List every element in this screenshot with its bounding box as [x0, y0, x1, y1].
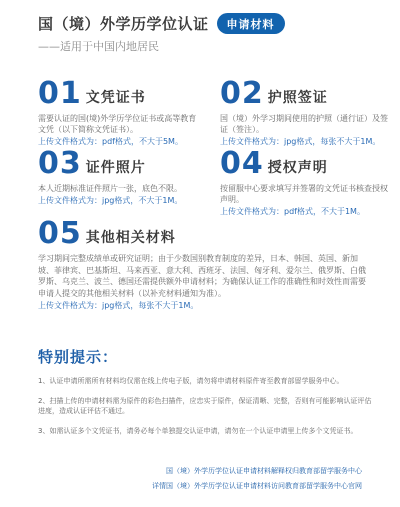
section-number: 05	[38, 220, 82, 248]
section-number: 04	[220, 150, 264, 178]
section-id-photo: 03 证件照片 本人近期标准证件照片一张，底色不限。 上传文件格式为：jpg格式…	[38, 150, 201, 206]
upload-format-note: 上传文件格式为：pdf格式，不大于1M。	[220, 206, 390, 217]
section-passport-visa: 02 护照签证 国（境）外学习期间使用的护照（通行证）及签证（签注）。 上传文件…	[220, 80, 390, 147]
application-materials-badge: 申请材料	[217, 13, 285, 34]
section-title: 护照签证	[268, 87, 328, 108]
section-other-materials: 05 其他相关材料 学习期间完整成绩单或研究证明；由于少数国别教育制度的差异，日…	[38, 220, 370, 311]
section-number: 01	[38, 80, 82, 108]
page-header: 国（境）外学历学位认证 申请材料	[38, 13, 285, 34]
section-description: 国（境）外学习期间使用的护照（通行证）及签证（签注）。	[220, 113, 390, 135]
tip-item: 3、如需认证多个文凭证书，请务必每个单独提交认证申请，请勿在一个认证申请里上传多…	[38, 426, 374, 436]
section-header: 03 证件照片	[38, 150, 201, 178]
upload-format-note: 上传文件格式为：jpg格式，不大于1M。	[38, 195, 201, 206]
page-title: 国（境）外学历学位认证	[38, 13, 209, 34]
section-diploma-certificate: 01 文凭证书 需要认证的国(境)外学历学位证书或高等教育文凭（以下简称文凭证书…	[38, 80, 201, 147]
section-header: 01 文凭证书	[38, 80, 201, 108]
section-description: 学习期间完整成绩单或研究证明；由于少数国别教育制度的差异，日本、韩国、英国、新加…	[38, 253, 370, 299]
section-title: 证件照片	[86, 157, 146, 178]
section-header: 05 其他相关材料	[38, 220, 370, 248]
section-header: 04 授权声明	[220, 150, 390, 178]
upload-format-note: 上传文件格式为：jpg格式，每张不大于1M。	[38, 300, 370, 311]
page-footer: 国（境）外学历学位认证申请材料解释权归教育部留学服务中心 详情国（境）外学历学位…	[0, 464, 362, 494]
section-description: 按留服中心要求填写并签署的文凭证书核查授权声明。	[220, 183, 390, 205]
page-subtitle: ——适用于中国内地居民	[38, 38, 159, 54]
footer-rights-line: 国（境）外学历学位认证申请材料解释权归教育部留学服务中心	[0, 464, 362, 479]
tip-item: 1、认证申请所需所有材料均仅需在线上传电子版，请勿将申请材料原件寄至教育部留学服…	[38, 376, 374, 386]
special-tips-heading: 特别提示：	[38, 346, 118, 367]
section-description: 本人近期标准证件照片一张，底色不限。	[38, 183, 201, 194]
section-title: 文凭证书	[86, 87, 146, 108]
section-description: 需要认证的国(境)外学历学位证书或高等教育文凭（以下简称文凭证书）。	[38, 113, 201, 135]
certification-materials-page: 国（境）外学历学位认证 申请材料 ——适用于中国内地居民 01 文凭证书 需要认…	[0, 0, 400, 507]
section-header: 02 护照签证	[220, 80, 390, 108]
footer-website-line: 详情国（境）外学历学位认证申请材料访问教育部留学服务中心官网	[0, 479, 362, 494]
section-authorization-statement: 04 授权声明 按留服中心要求填写并签署的文凭证书核查授权声明。 上传文件格式为…	[220, 150, 390, 217]
section-title: 授权声明	[268, 157, 328, 178]
tip-item: 2、扫描上传的申请材料需为原件的彩色扫描件，应忠实于原件，保证清晰、完整，否则有…	[38, 396, 374, 416]
section-title: 其他相关材料	[86, 227, 176, 248]
section-number: 02	[220, 80, 264, 108]
special-tips-list: 1、认证申请所需所有材料均仅需在线上传电子版，请勿将申请材料原件寄至教育部留学服…	[38, 376, 374, 446]
section-number: 03	[38, 150, 82, 178]
